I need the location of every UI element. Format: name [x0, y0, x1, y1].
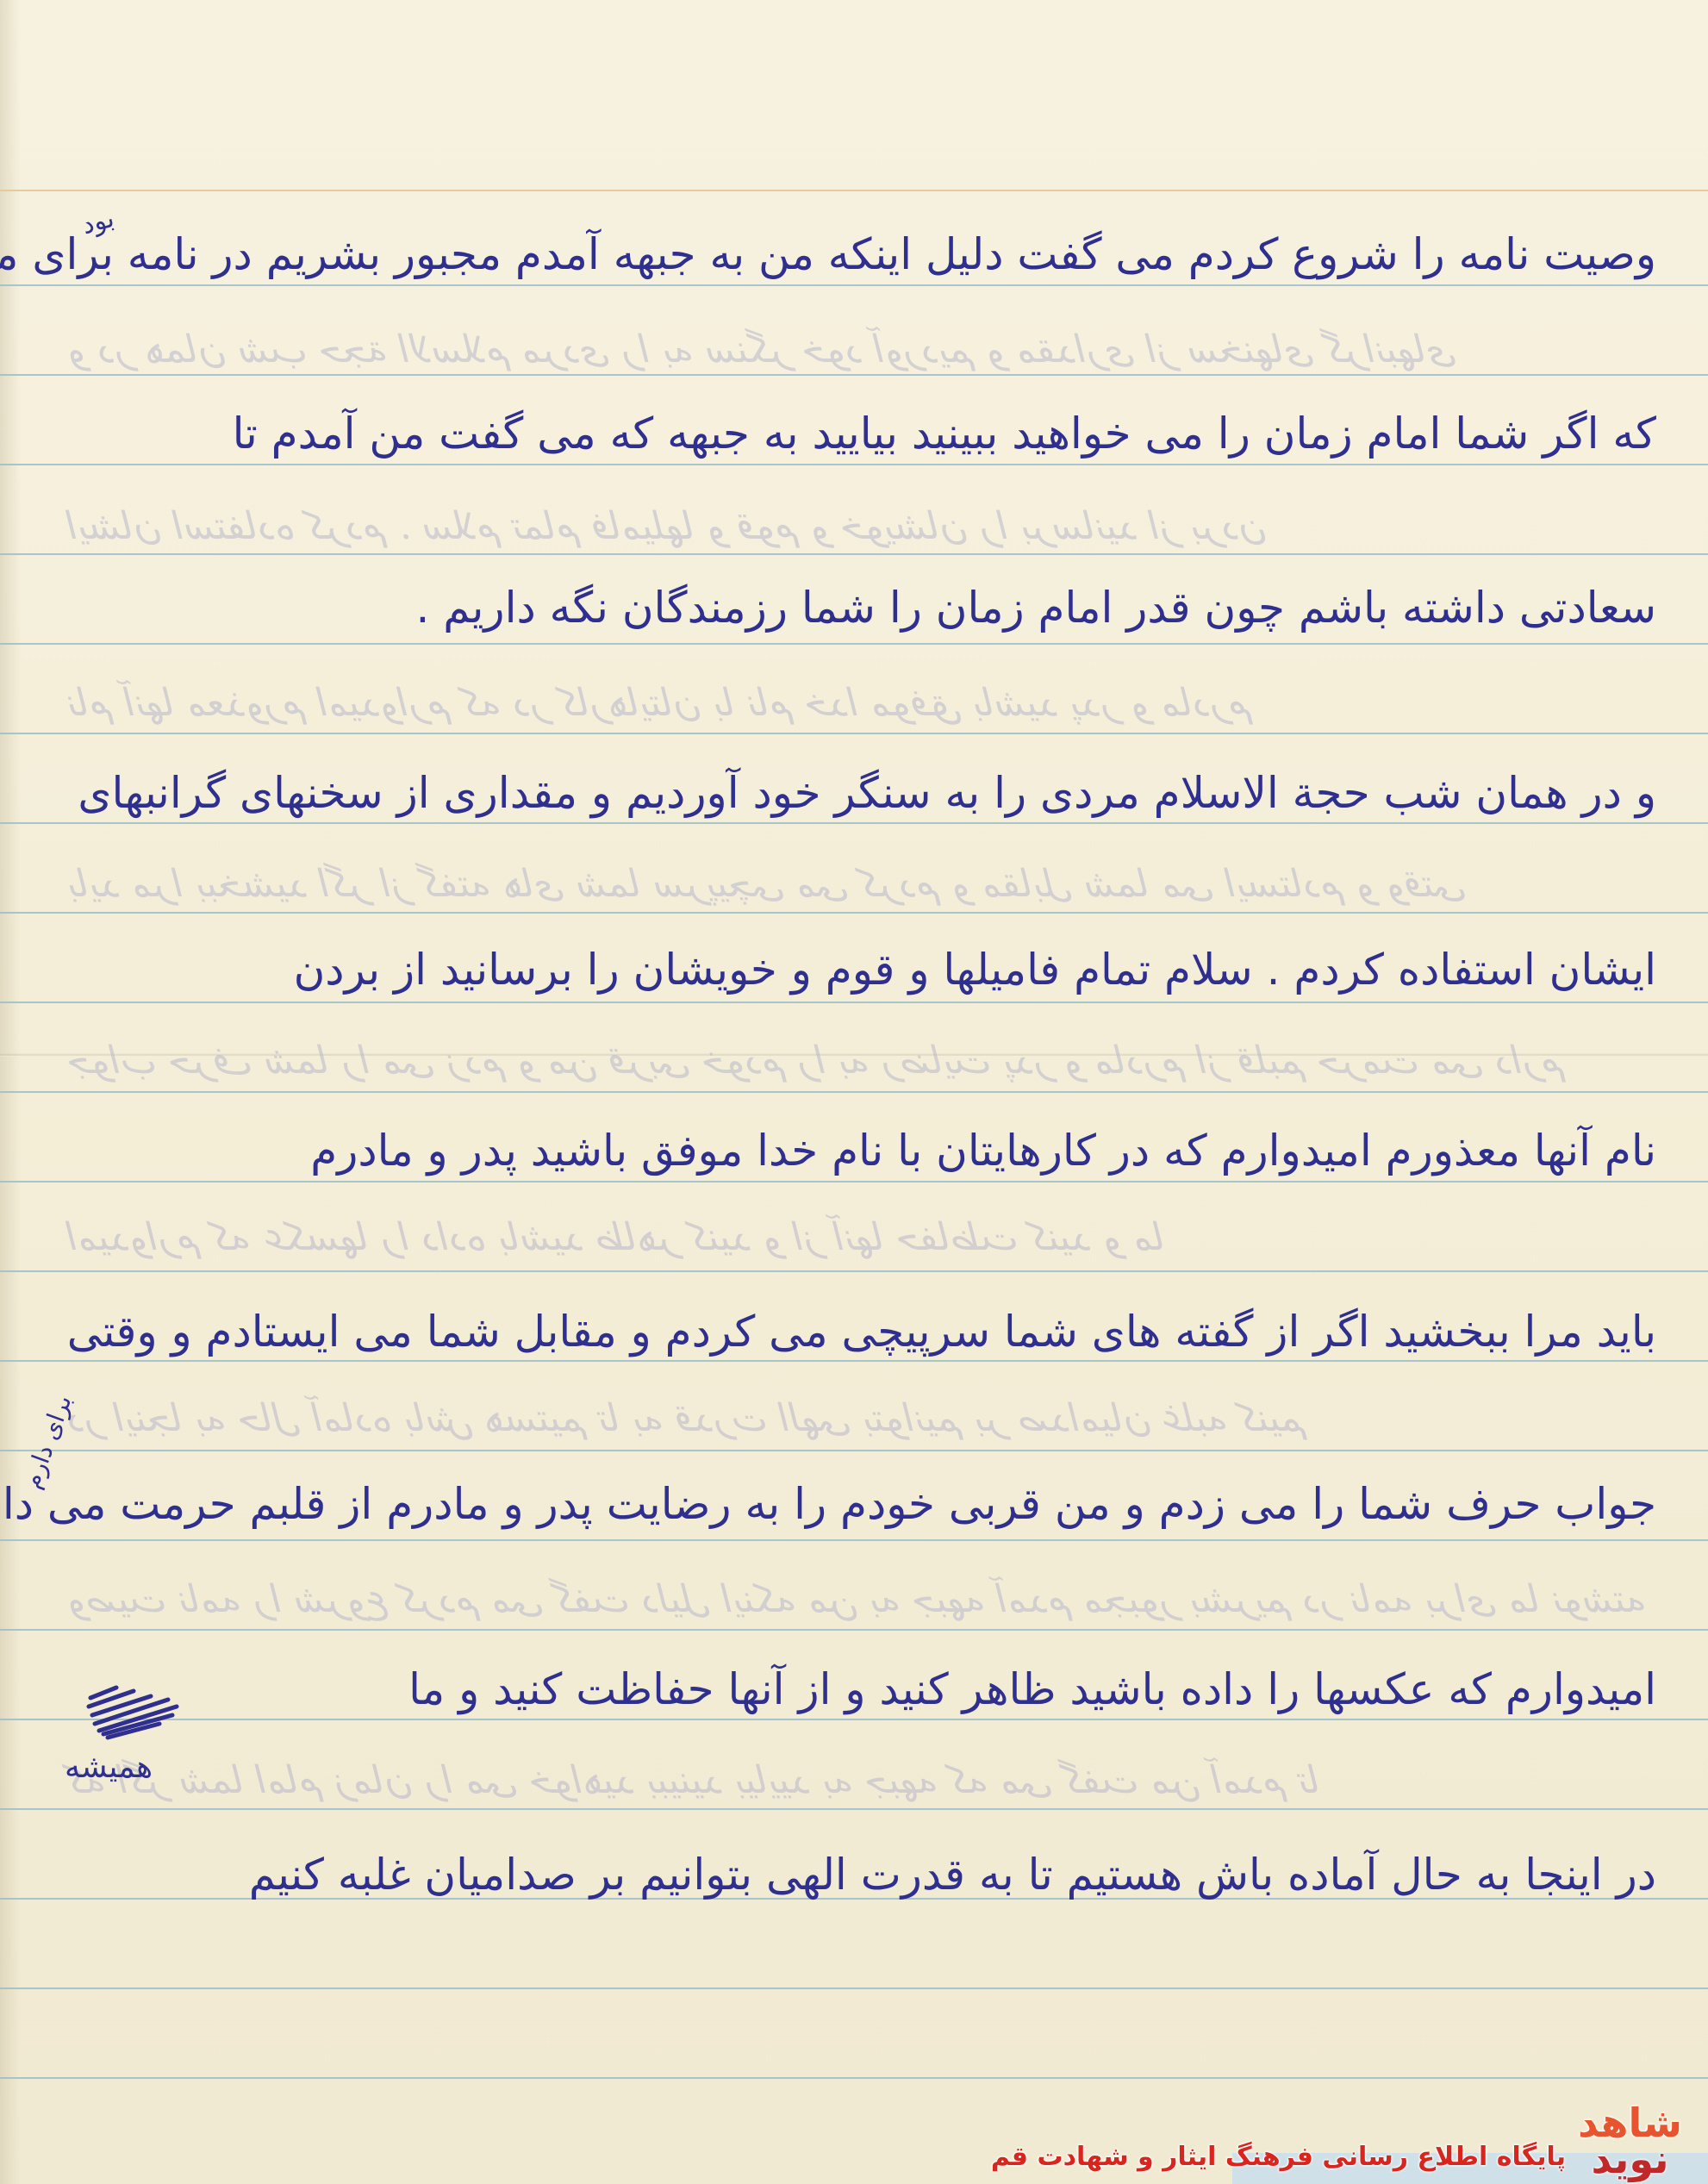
- margin-note-under: همیشه: [65, 1750, 153, 1785]
- scanned-letter-page: و در همان شب حجة الاسلام مردی را به سنگر…: [0, 0, 1708, 2184]
- bleed-through-line: نام آنها معذورم امیدوارم که در کارهایتان…: [69, 681, 1253, 725]
- handwritten-line: وصیت نامه را شروع کردم می گفت دلیل اینکه…: [43, 233, 1656, 276]
- logo-mark: شاهد نوید: [1578, 2106, 1682, 2177]
- ruled-line: [0, 643, 1708, 645]
- handwritten-line: ایشان استفاده کردم . سلام تمام فامیلها و…: [43, 948, 1656, 991]
- handwritten-line: سعادتی داشته باشم چون قدر امام زمان را ش…: [43, 586, 1656, 629]
- crossed-out-word: [82, 1681, 185, 1741]
- ruled-line: [0, 1181, 1708, 1182]
- header-margin-rule: [0, 190, 1708, 191]
- ruled-line: [0, 1987, 1708, 1989]
- margin-note-left: برای دارم: [17, 1391, 78, 1492]
- bleed-through-line: در اینجا به حال آماده باش هستیم تا به قد…: [69, 1396, 1307, 1440]
- logo-caption: پایگاه اطلاع رسانی فرهنگ ایثار و شهادت ق…: [991, 2142, 1566, 2172]
- ruled-line: [0, 822, 1708, 824]
- handwritten-line: جواب حرف شما را می زدم و من قربی خودم را…: [43, 1482, 1656, 1526]
- ruled-line: [0, 1808, 1708, 1810]
- logo-word-bottom: نوید: [1578, 2142, 1682, 2177]
- ruled-line: [0, 1450, 1708, 1451]
- ruled-line: [0, 284, 1708, 286]
- bleed-through-line: امیدوارم که عکسها را داده باشید ظاهر کنی…: [69, 1215, 1167, 1259]
- ruled-line: [0, 1539, 1708, 1541]
- ruled-line: [0, 912, 1708, 914]
- handwritten-line: و در همان شب حجة الاسلام مردی را به سنگر…: [43, 771, 1656, 814]
- ruled-line: [0, 1360, 1708, 1362]
- watermark-logo: پایگاه اطلاع رسانی فرهنگ ایثار و شهادت ق…: [1211, 2098, 1708, 2184]
- ruled-line: [0, 464, 1708, 465]
- ruled-line: [0, 2077, 1708, 2079]
- ruled-line: [0, 1091, 1708, 1093]
- handwritten-line: باید مرا ببخشید اگر از گفته های شما سرپی…: [43, 1310, 1656, 1353]
- ruled-line: [0, 553, 1708, 555]
- ruled-line: [0, 1629, 1708, 1631]
- bleed-through-line: که اگر شما امام زمان را می خواهید ببینید…: [69, 1758, 1322, 1802]
- ruled-line: [0, 1270, 1708, 1272]
- handwritten-line: نام آنها معذورم امیدوارم که در کارهایتان…: [43, 1129, 1656, 1172]
- ruled-line: [0, 1002, 1708, 1003]
- bleed-through-line: جواب حرف شما را می زدم و من قربی خودم را…: [69, 1039, 1566, 1083]
- bleed-through-line: وصیت نامه را شروع کردم می گفت دلیل اینکه…: [69, 1577, 1648, 1621]
- bleed-through-line: باید مرا ببخشید اگر از گفته های شما سرپی…: [69, 862, 1468, 906]
- handwritten-line: که اگر شما امام زمان را می خواهید ببینید…: [43, 412, 1656, 455]
- bleed-through-line: ایشان استفاده کردم . سلام تمام فامیلها و…: [69, 504, 1269, 548]
- handwritten-line: در اینجا به حال آماده باش هستیم تا به قد…: [43, 1853, 1656, 1896]
- ruled-line: [0, 1719, 1708, 1720]
- bleed-through-line: و در همان شب حجة الاسلام مردی را به سنگر…: [69, 328, 1458, 371]
- ruled-line: [0, 374, 1708, 376]
- handwritten-line: امیدوارم که عکسها را داده باشید ظاهر کنی…: [43, 1668, 1656, 1711]
- ruled-line: [0, 733, 1708, 734]
